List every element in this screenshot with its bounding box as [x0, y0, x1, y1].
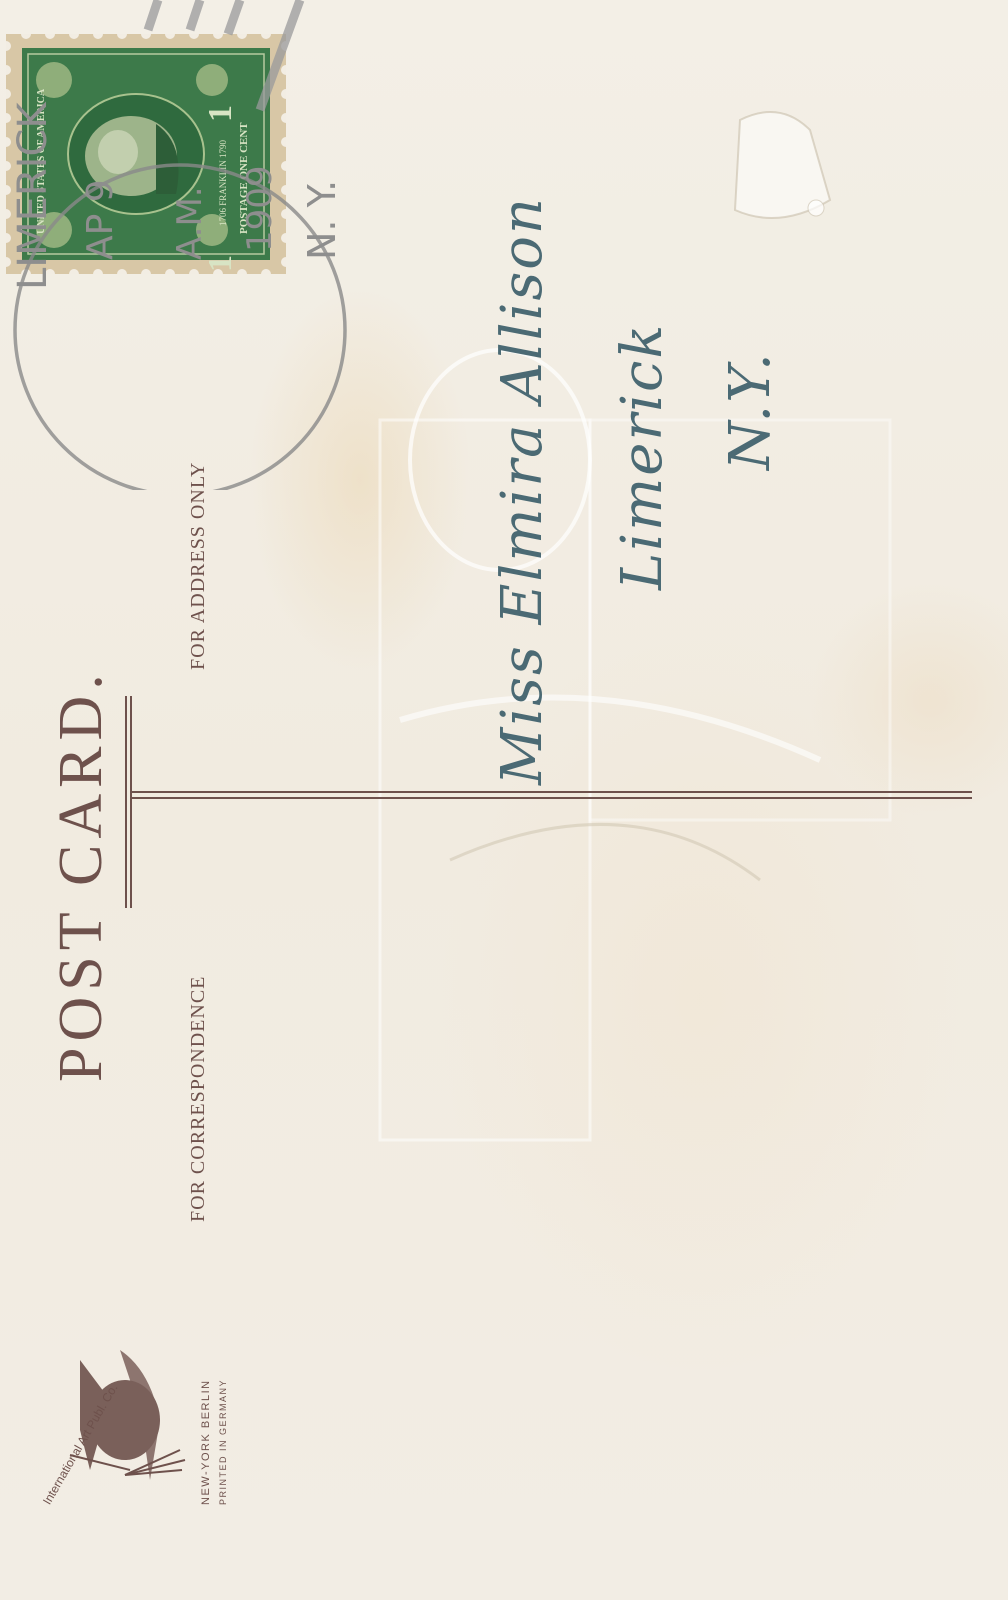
publisher-name: International Art Publ. Co.: [40, 1382, 120, 1507]
embossed-angel-icon: [300, 300, 900, 1205]
eagle-globe-logo-icon: [50, 1340, 200, 1495]
postmark-town: LIMERICK: [10, 102, 56, 290]
correspondence-label: FOR CORRESPONDENCE: [187, 976, 210, 1222]
publisher-cities: NEW-YORK BERLIN: [200, 1379, 212, 1505]
postmark-state: N. Y.: [300, 180, 344, 260]
recipient-state: N.Y.: [718, 351, 783, 470]
address-label: FOR ADDRESS ONLY: [187, 462, 210, 670]
divider-horizontal-top: [132, 791, 972, 793]
postmark: LIMERICK AP 9 A.M. 1909 N. Y.: [0, 150, 380, 495]
postmark-year: 1909: [240, 165, 280, 252]
postmark-date: AP 9: [80, 179, 121, 260]
embossed-bell-icon: [720, 100, 840, 255]
recipient-name: Miss Elmira Allison: [490, 196, 555, 785]
postmark-time: A.M.: [170, 186, 210, 260]
divider-horizontal-bottom: [132, 797, 972, 799]
recipient-town: Limerick: [610, 323, 675, 590]
divider-vertical-right: [130, 696, 132, 908]
postcard-back: UNITED STATES OF AMERICA 1706 FRANKLIN 1…: [0, 0, 1008, 1600]
card-title: POST CARD.: [46, 668, 117, 1082]
publisher-printed: PRINTED IN GERMANY: [218, 1379, 228, 1505]
divider-vertical-left: [125, 696, 127, 908]
stamp-denomination-top: 1: [202, 105, 240, 122]
